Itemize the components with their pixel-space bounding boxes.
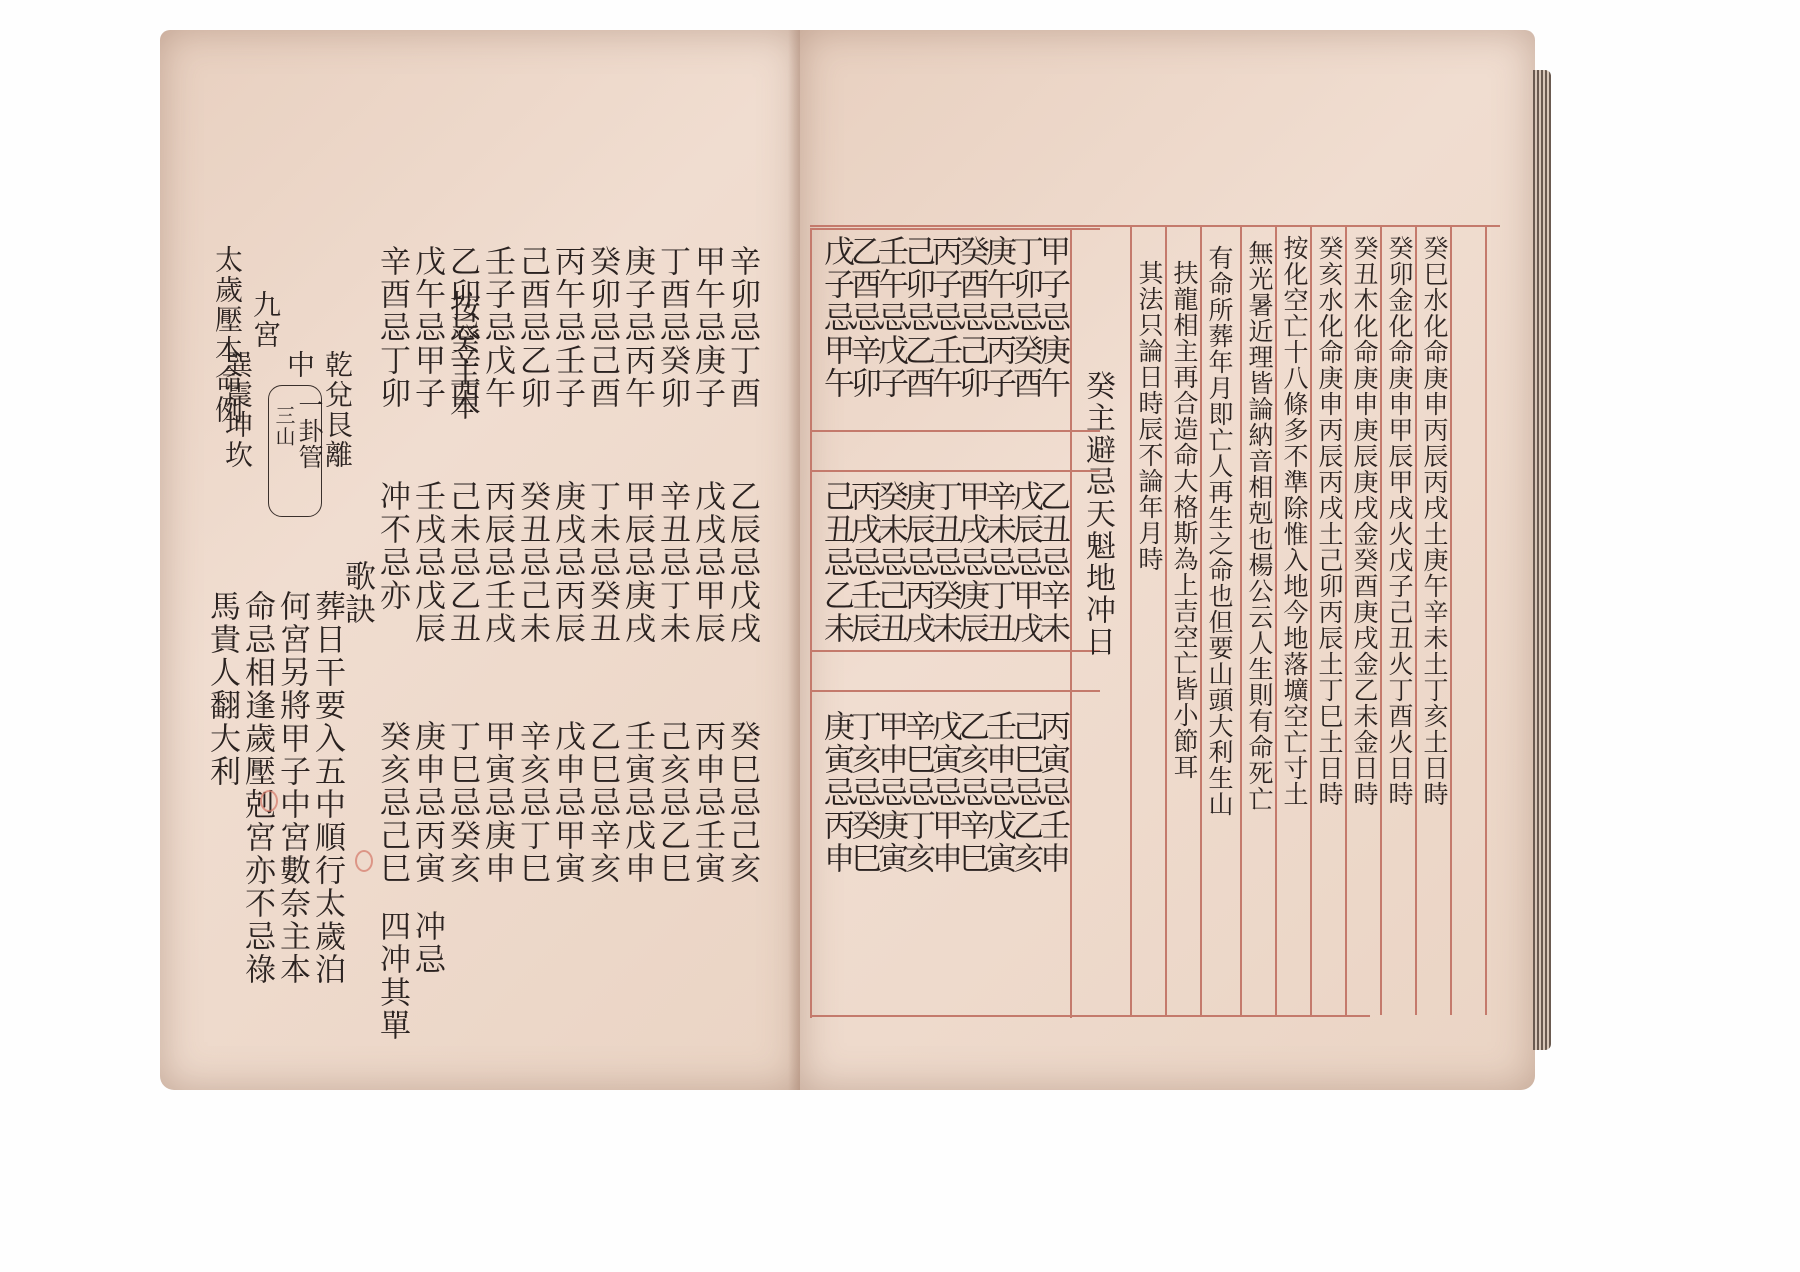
tail-note-1: 冲忌 — [410, 910, 444, 976]
table-4-col: 癸丑木化命庚申庚辰庚戌金癸酉庚戌金乙未金日時 — [1350, 235, 1378, 807]
nine-palace-label: 九宮 — [248, 290, 282, 350]
table-a-col: 癸卯忌己酉 — [585, 245, 619, 410]
red-mark — [260, 790, 278, 812]
table-c-col: 甲寅忌庚申 — [480, 720, 514, 885]
table-b-col: 甲辰忌庚戌 — [620, 480, 654, 645]
table-b-col: 丙辰忌壬戌 — [480, 480, 514, 645]
table-2-col: 己丑忌乙未 — [819, 480, 853, 645]
text-col: 有命所葬年月即亡人再生之命也但要山頭大利生山 — [1205, 245, 1233, 817]
circle-note-2: 三山 — [270, 405, 298, 447]
red-mark — [355, 850, 373, 872]
table-3-col: 庚寅忌丙申 — [819, 710, 853, 875]
text-col: 其法只論日時辰不論年月時 — [1135, 260, 1163, 572]
verse-line: 命忌相逢歲壓剋宮亦不忌祿 — [240, 590, 274, 986]
table-a-col: 庚子忌丙午 — [620, 245, 654, 410]
text-col: 按化空亡十八條多不準除惟入地今地落壙空亡寸土 — [1280, 235, 1308, 807]
page-edges — [1533, 70, 1551, 1050]
table-c-col: 癸巳忌己亥 — [725, 720, 759, 885]
table-4-col: 癸卯金化命庚申甲辰甲戌火戊子己丑火丁酉火日時 — [1385, 235, 1413, 807]
table-b-col: 辛丑忌丁未 — [655, 480, 689, 645]
table-a-col: 己酉忌乙卯 — [515, 245, 549, 410]
right-page: 甲子忌庚午 丁卯忌癸酉 庚午忌丙子 癸酉忌己卯 丙子忌壬午 己卯忌乙酉 壬午忌戊… — [800, 30, 1535, 1090]
table-b-col: 丁未忌癸丑 — [585, 480, 619, 645]
verse-title: 歌訣 — [340, 560, 374, 626]
table-b-note: 冲不忌亦 — [375, 480, 409, 612]
text-col: 扶龍相主再合造命大格斯為上吉空亡皆小節耳 — [1170, 260, 1198, 780]
table-a-col: 壬子忌戊午 — [480, 245, 514, 410]
table-c-col: 癸亥忌己巳 — [375, 720, 409, 885]
table-a-col: 戊午忌甲子 — [410, 245, 444, 410]
gua-column-3: 巽震坤坎 — [220, 350, 254, 470]
table-c-col: 戊申忌甲寅 — [550, 720, 584, 885]
table-c-col: 丁巳忌癸亥 — [445, 720, 479, 885]
table-c-col: 辛亥忌丁巳 — [515, 720, 549, 885]
table-c-col: 庚申忌丙寅 — [410, 720, 444, 885]
table-4-col: 癸亥水化命庚申丙辰丙戌土己卯丙辰土丁巳土日時 — [1315, 235, 1343, 807]
circle-note-1: 一卦管 — [295, 392, 323, 470]
table-a-col: 辛酉忌丁卯 — [375, 245, 409, 410]
gua-column-2: 中 — [282, 350, 316, 380]
table-a-col: 丁酉忌癸卯 — [655, 245, 689, 410]
table-b-col: 己未忌乙丑 — [445, 480, 479, 645]
table-a-note: 按癸主本 — [445, 290, 479, 422]
table-a-col: 辛卯忌丁酉 — [725, 245, 759, 410]
open-book: 太歲壓本命例 九宮 乾兌艮離 中 巽震坤坎 一卦管 三山 辛卯忌丁酉 甲午忌庚子… — [160, 30, 1555, 1095]
left-page: 太歲壓本命例 九宮 乾兌艮離 中 巽震坤坎 一卦管 三山 辛卯忌丁酉 甲午忌庚子… — [160, 30, 800, 1090]
text-col: 無光暑近理皆論納音相剋也楊公云人生則有命死亡 — [1245, 240, 1273, 812]
verse-line: 馬貴人翻大利 — [205, 590, 239, 788]
table-c-col: 丙申忌壬寅 — [690, 720, 724, 885]
table-4-col: 癸巳水化命庚申丙辰丙戌土庚午辛未土丁亥土日時 — [1420, 235, 1448, 807]
table-c-col: 己亥忌乙巳 — [655, 720, 689, 885]
verse-line: 葬日干要入五中順行太歲泊 — [310, 590, 344, 986]
gua-column-1: 乾兌艮離 — [320, 350, 354, 470]
table-a-col: 甲午忌庚子 — [690, 245, 724, 410]
table-b-col: 戊戌忌甲辰 — [690, 480, 724, 645]
table-b-col: 庚戌忌丙辰 — [550, 480, 584, 645]
table-b-col: 壬戌忌戊辰 — [410, 480, 444, 645]
table-b-col: 癸丑忌己未 — [515, 480, 549, 645]
section-heading: 癸主避忌天魁地冲日 — [1080, 370, 1114, 658]
table-1-col: 戊子忌甲午 — [819, 235, 853, 400]
table-a-col: 丙午忌壬子 — [550, 245, 584, 410]
verse-line: 何宮另將甲子中宮數奈主本 — [275, 590, 309, 986]
tail-note-2: 四冲其單 — [375, 910, 409, 1042]
table-c-col: 乙巳忌辛亥 — [585, 720, 619, 885]
table-b-col: 乙辰忌戊戌 — [725, 480, 759, 645]
table-c-col: 壬寅忌戊申 — [620, 720, 654, 885]
